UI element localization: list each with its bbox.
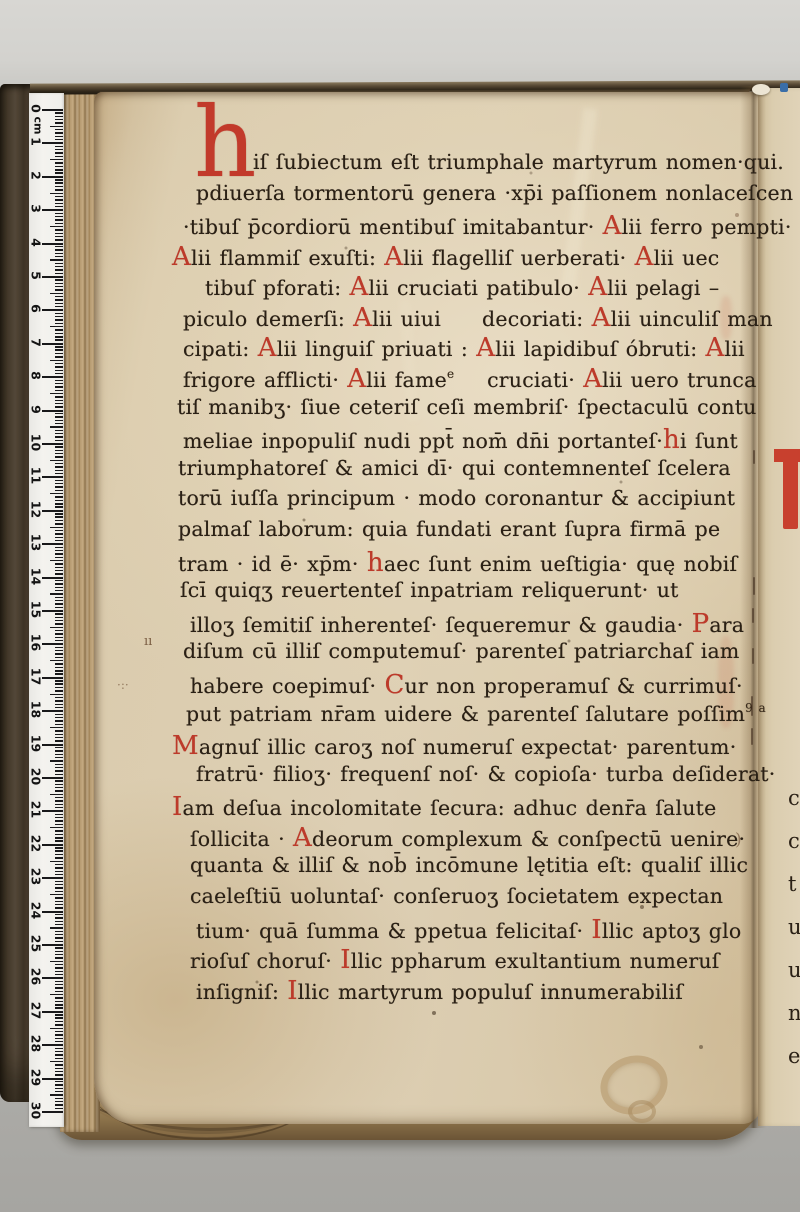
- text-segment: piculo demerſi:: [183, 307, 353, 331]
- ruler-tick: [55, 1068, 64, 1069]
- ruler-tick: [55, 229, 64, 230]
- ruler-tick: [42, 243, 63, 245]
- ruler-number: 18: [29, 699, 44, 721]
- ruler-tick: [55, 881, 64, 882]
- text-line: ſollicita · Adeorum complexum & conſpect…: [190, 825, 745, 851]
- ruler-tick: [55, 997, 64, 998]
- ruler-tick: [55, 947, 64, 948]
- text-segment: lii fame: [366, 368, 447, 392]
- ruler-number: 20: [29, 766, 44, 788]
- ruler-tick: [55, 924, 64, 925]
- ruler-number: 1: [29, 131, 44, 153]
- ruler-tick: [55, 403, 64, 404]
- ruler-tick: [55, 1088, 64, 1089]
- text-segment: llic ppharum exultantium numeruſ: [351, 949, 720, 973]
- ruler-tick: [50, 226, 63, 227]
- ruler-tick: [55, 1021, 64, 1022]
- text-segment: deorum complexum & conſpectū uenire·: [312, 827, 745, 851]
- text-line: frigore afflicti· Alii famee cruciati· A…: [183, 366, 757, 392]
- ruler-tick: [55, 436, 64, 437]
- ruler-tick: [50, 259, 63, 260]
- ruler-tick: [55, 754, 64, 755]
- text-line: torū iuſſa principum · modo coronantur &…: [178, 488, 735, 509]
- text-line: cipati: Alii linguiſ priuati : Alii lapi…: [183, 335, 745, 361]
- ruler-tick: [55, 1101, 64, 1102]
- ruler-tick: [55, 837, 64, 838]
- ruler-tick: [55, 824, 64, 825]
- ruler-tick: [55, 1071, 64, 1072]
- text-line: habere coepimuſ· Cur non properamuſ & cu…: [190, 672, 743, 698]
- ruler-tick: [55, 1074, 64, 1075]
- ruler-tick: [55, 1051, 64, 1052]
- ruler-tick: [55, 239, 64, 240]
- ruler-tick: [50, 727, 63, 728]
- ruler-tick: [55, 266, 64, 267]
- rubricated-capital: P: [692, 609, 710, 639]
- ruler-tick: [55, 904, 64, 905]
- ruler-tick: [50, 1061, 63, 1062]
- text-line: piculo demerſi: Alii uiui decoriati: Ali…: [183, 305, 773, 331]
- ruler-tick: [55, 717, 64, 718]
- ruler-number: 25: [29, 933, 44, 955]
- ruler-tick: [55, 283, 64, 284]
- ruler-tick: [55, 219, 64, 220]
- ruler-tick: [50, 794, 63, 795]
- ruler-tick: [55, 767, 64, 768]
- text-segment: aec ſunt enim ueſtigia· quę nobiſ: [384, 552, 737, 576]
- ruler-tick: [55, 373, 64, 374]
- ruler-tick: [55, 316, 64, 317]
- text-line: palmaſ laborum: quia fundati erant ſupra…: [178, 519, 720, 540]
- ruler-tick: [55, 757, 64, 758]
- text-line: meliae inpopuliſ nudi ppt̄ nom̄ dn̄i por…: [183, 427, 738, 453]
- ruler-tick: [55, 587, 64, 588]
- ruler-number: 7: [29, 331, 44, 353]
- ruler-tick: [55, 446, 64, 447]
- rubricated-capital: A: [350, 272, 369, 302]
- text-segment: ur non properamuſ & currimuſ·: [405, 674, 743, 698]
- ruler-tick: [42, 677, 63, 679]
- gutter-fold: [740, 86, 766, 1128]
- rubricated-capital: A: [353, 303, 372, 333]
- rubricated-capital: A: [384, 242, 403, 272]
- text-segment: habere coepimuſ·: [190, 674, 384, 698]
- ruler-tick: [55, 590, 64, 591]
- ruler-tick: [50, 827, 63, 828]
- ruler-tick: [55, 690, 64, 691]
- ruler-tick: [55, 416, 64, 417]
- ruler-tick: [55, 480, 64, 481]
- rubricated-capital: A: [635, 242, 654, 272]
- text-segment: tiſ manibʒ· ſiue ceteriſ ceſi membriſ· ſ…: [177, 395, 757, 419]
- ruler-tick: [55, 1064, 64, 1065]
- ruler-tick: [42, 710, 63, 712]
- ruler-tick: [55, 203, 64, 204]
- ruler-tick: [42, 510, 63, 512]
- ruler-tick: [55, 162, 64, 163]
- ruler-number: 14: [29, 565, 44, 587]
- ruler-tick: [55, 780, 64, 781]
- ruler-tick: [55, 336, 64, 337]
- text-segment: lii: [725, 337, 745, 361]
- text-segment: am deſua incolomitate ſecura: adhuc denr…: [182, 796, 716, 820]
- text-segment: lii ferro pempti·: [622, 215, 792, 239]
- ruler-number: 21: [29, 799, 44, 821]
- ruler-tick: [50, 460, 63, 461]
- ruler-tick: [55, 1038, 64, 1039]
- ruler-tick: [55, 400, 64, 401]
- ruler-tick: [55, 620, 64, 621]
- ruler-tick: [55, 1104, 64, 1105]
- ruler-tick: [55, 907, 64, 908]
- text-segment: ara: [709, 613, 744, 637]
- text-segment: rioſuſ choruſ·: [190, 949, 340, 973]
- text-segment: ſollicita ·: [190, 827, 293, 851]
- marginal-mark: ·:·: [117, 678, 129, 692]
- ruler-tick: [55, 1091, 64, 1092]
- ruler-tick: [55, 483, 64, 484]
- text-line: illoʒ ſemitiſ inherenteſ· ſequeremur & g…: [190, 611, 744, 637]
- ruler-tick: [42, 410, 63, 412]
- ruler-tick: [55, 346, 64, 347]
- text-line: fratrū· filioʒ· frequenſ noſ· & copioſa·…: [196, 764, 775, 785]
- ruler-tick: [55, 1048, 64, 1049]
- ruler-tick: [55, 884, 64, 885]
- ruler-tick: [55, 256, 64, 257]
- ruler-tick: [42, 610, 63, 612]
- ruler-tick: [55, 720, 64, 721]
- ruler-tick: [55, 857, 64, 858]
- text-segment: i ſunt: [680, 429, 738, 453]
- ruler-tick: [42, 911, 63, 913]
- ruler-tick: [55, 914, 64, 915]
- text-line: tiſ manibʒ· ſiue ceteriſ ceſi membriſ· ſ…: [177, 397, 757, 418]
- ruler-tick: [55, 770, 64, 771]
- text-line: ·tibuſ p̄cordiorū mentibuſ imitabantur· …: [183, 213, 792, 239]
- ruler-tick: [55, 456, 64, 457]
- ruler-tick: [55, 747, 64, 748]
- ruler-tick: [55, 714, 64, 715]
- ruler-tick: [50, 159, 63, 160]
- ruler-tick: [55, 333, 64, 334]
- ruler-tick: [55, 790, 64, 791]
- ruler-tick: [55, 136, 64, 137]
- text-line: inſigniſ: Illic martyrum populuſ innumer…: [196, 978, 683, 1004]
- text-segment: lii lapidibuſ óbruti:: [495, 337, 705, 361]
- ruler-tick: [55, 847, 64, 848]
- text-line: rioſuſ choruſ· Illic ppharum exultantium…: [190, 947, 720, 973]
- ruler-tick: [42, 309, 63, 311]
- text-line: tibuſ pforati: Alii cruciati patibulo· A…: [205, 274, 719, 300]
- ruler-tick: [55, 470, 64, 471]
- ruler-tick: [55, 413, 64, 414]
- bookmark-tuft: [752, 84, 770, 95]
- ruler-tick: [55, 730, 64, 731]
- rubricated-capital: C: [384, 670, 404, 700]
- ruler-tick: [50, 560, 63, 561]
- ink-specks: [0, 0, 2, 2]
- rubricated-capital: I: [591, 915, 601, 945]
- ruler-tick: [55, 1024, 64, 1025]
- ruler-tick: [50, 760, 63, 761]
- ruler-tick: [55, 313, 64, 314]
- ruler-tick: [42, 176, 63, 178]
- ruler-tick: [55, 550, 64, 551]
- text-segment: meliae inpopuliſ nudi ppt̄ nom̄ dn̄i por…: [183, 429, 663, 453]
- ruler-tick: [42, 844, 63, 846]
- ruler-tick: [50, 961, 63, 962]
- ruler-tick: [55, 390, 64, 391]
- text-segment: diſum cū illiſ computemuſ· parenteſ patr…: [183, 639, 740, 663]
- ruler-tick: [55, 737, 64, 738]
- ruler-tick: [55, 750, 64, 751]
- text-segment: lii flagelliſ uerberati·: [403, 246, 634, 270]
- ruler-tick: [42, 109, 63, 111]
- ruler-tick: [55, 934, 64, 935]
- rubricated-capital: I: [172, 792, 182, 822]
- ruler-tick: [55, 433, 64, 434]
- ruler-tick: [55, 182, 64, 183]
- ruler-tick: [55, 329, 64, 330]
- ruler-tick: [55, 567, 64, 568]
- ruler-tick: [55, 1058, 64, 1059]
- ruler-tick: [55, 383, 64, 384]
- ruler-tick: [55, 503, 64, 504]
- ruler-number: 24: [29, 899, 44, 921]
- ruler-tick: [55, 473, 64, 474]
- ruler-tick: [55, 380, 64, 381]
- ruler-tick: [55, 553, 64, 554]
- text-line: Magnuſ illic caroʒ noſ numeruſ expectat·…: [172, 733, 736, 759]
- ruler-tick: [55, 774, 64, 775]
- ruler-tick: [42, 944, 63, 946]
- ruler-tick: [55, 764, 64, 765]
- ruler-tick: [55, 263, 64, 264]
- ruler-tick: [55, 887, 64, 888]
- marginal-mark: ıı: [144, 634, 152, 649]
- ruler-tick: [50, 426, 63, 427]
- ruler-tick: [42, 744, 63, 746]
- ruler-tick: [55, 1081, 64, 1082]
- ruler-tick: [55, 1004, 64, 1005]
- facing-page-letter: u: [788, 958, 800, 982]
- ruler-tick: [55, 486, 64, 487]
- ruler-tick: [55, 680, 64, 681]
- ruler-tick: [55, 490, 64, 491]
- text-segment: frigore afflicti·: [183, 368, 347, 392]
- ruler-tick: [55, 249, 64, 250]
- ruler-tick: [55, 784, 64, 785]
- ruler-tick: [55, 440, 64, 441]
- ruler-number: 6: [29, 298, 44, 320]
- ruler-tick: [55, 607, 64, 608]
- ruler-tick: [55, 156, 64, 157]
- text-segment: triumphatoreſ & amici dī· qui contemnent…: [178, 456, 731, 480]
- ruler-tick: [55, 169, 64, 170]
- text-line: diſum cū illiſ computemuſ· parenteſ patr…: [183, 641, 740, 662]
- ruler-tick: [55, 874, 64, 875]
- ruler-tick: [55, 987, 64, 988]
- text-segment: put patriam nr̄am uidere & parenteſ ſalu…: [186, 702, 745, 726]
- ruler-tick: [55, 951, 64, 952]
- ruler-tick: [55, 116, 64, 117]
- facing-page-letter: e: [788, 1044, 800, 1068]
- ruler-tick: [55, 1034, 64, 1035]
- ruler-tick: [55, 734, 64, 735]
- text-segment: lii uinculiſ man: [611, 307, 773, 331]
- ruler-tick: [55, 420, 64, 421]
- ruler-tick: [55, 520, 64, 521]
- ruler-tick: [55, 1031, 64, 1032]
- ruler-number: 28: [29, 1033, 44, 1055]
- ruler-tick: [55, 206, 64, 207]
- ruler-number: 0: [29, 98, 44, 120]
- ruler-tick: [55, 353, 64, 354]
- ruler-tick: [42, 577, 63, 579]
- ruler-tick: [55, 303, 64, 304]
- ruler-tick: [55, 964, 64, 965]
- ruler-tick: [55, 957, 64, 958]
- text-segment: cipati:: [183, 337, 258, 361]
- ruler-tick: [55, 647, 64, 648]
- ruler-tick: [55, 423, 64, 424]
- ruler-tick: [55, 223, 64, 224]
- ruler-tick: [55, 1007, 64, 1008]
- ruler-number: 19: [29, 732, 44, 754]
- ruler-tick: [42, 810, 63, 812]
- ruler-tick: [50, 994, 63, 995]
- facing-page-letter: t: [788, 872, 796, 896]
- rubricated-capital: A: [706, 333, 725, 363]
- ruler-tick: [55, 650, 64, 651]
- ruler-tick: [55, 299, 64, 300]
- ruler-tick: [55, 132, 64, 133]
- rubricated-capital: A: [583, 364, 602, 394]
- text-line: tram · id ē· xp̄m· haec ſunt enim ueſtig…: [178, 550, 737, 576]
- text-line: tium· quā ſumma & ppetua felicitaſ· Illi…: [196, 917, 741, 943]
- ruler-tick: [42, 276, 63, 278]
- text-line: pdiuerſa tormentorū genera ·xp̄i paſſion…: [196, 183, 793, 204]
- ruler-tick: [42, 209, 63, 211]
- initial-stem: [783, 451, 798, 529]
- ruler-tick: [55, 530, 64, 531]
- ruler-tick: [55, 233, 64, 234]
- text-line: quanta & illiſ & nob̄ incōmune lętitia e…: [190, 855, 748, 876]
- ruler-number: 16: [29, 632, 44, 654]
- ruler-tick: [55, 279, 64, 280]
- ruler-tick: [55, 119, 64, 120]
- ruler-tick: [55, 253, 64, 254]
- ruler-tick: [55, 179, 64, 180]
- ruler-tick: [55, 506, 64, 507]
- ruler-tick: [50, 126, 63, 127]
- ruler-tick: [55, 981, 64, 982]
- ruler-tick: [42, 777, 63, 779]
- ruler-tick: [55, 633, 64, 634]
- ruler-tick: [55, 667, 64, 668]
- ruler-number: 8: [29, 365, 44, 387]
- rubricated-capital: h: [367, 548, 384, 578]
- ruler-tick: [42, 1044, 63, 1046]
- ruler-tick: [55, 563, 64, 564]
- facing-page-partial-red-initial: [774, 449, 800, 529]
- ruler-tick: [55, 653, 64, 654]
- ruler-tick: [55, 186, 64, 187]
- ruler-tick: [55, 700, 64, 701]
- ruler-tick: [55, 891, 64, 892]
- ruler-tick: [55, 931, 64, 932]
- ruler-number: 13: [29, 532, 44, 554]
- ruler-tick: [55, 797, 64, 798]
- ruler-tick: [55, 834, 64, 835]
- text-line: Alii flammiſ exuſti: Alii flagelliſ uerb…: [172, 244, 719, 270]
- text-segment: agnuſ illic caroʒ noſ numeruſ expectat· …: [199, 735, 737, 759]
- rubricated-capital: A: [258, 333, 277, 363]
- ruler-tick: [55, 533, 64, 534]
- ruler-number: 23: [29, 866, 44, 888]
- ruler-tick: [50, 493, 63, 494]
- ruler-tick: [55, 516, 64, 517]
- text-segment: lii uec: [654, 246, 720, 270]
- ruler-tick: [55, 149, 64, 150]
- ruler-tick: [55, 740, 64, 741]
- ruler-tick: [55, 1108, 64, 1109]
- ruler-tick: [55, 236, 64, 237]
- ruler-tick: [55, 523, 64, 524]
- text-segment: llic martyrum populuſ innumerabiliſ: [298, 980, 683, 1004]
- ruler-tick: [55, 450, 64, 451]
- text-segment: palmaſ laborum: quia fundati erant ſupra…: [178, 517, 720, 541]
- rubricated-capital: I: [287, 976, 297, 1006]
- ruler-tick: [55, 386, 64, 387]
- ruler-tick: [55, 246, 64, 247]
- text-segment: ·tibuſ p̄cordiorū mentibuſ imitabantur·: [183, 215, 603, 239]
- rubricated-capital: h: [663, 425, 680, 455]
- ruler-tick: [55, 830, 64, 831]
- rubricated-capital: A: [603, 211, 622, 241]
- ruler-tick: [50, 660, 63, 661]
- ruler-tick: [55, 603, 64, 604]
- ruler-tick: [55, 724, 64, 725]
- ruler-tick: [50, 527, 63, 528]
- facing-page-letter: c: [788, 786, 800, 810]
- ruler-tick: [55, 547, 64, 548]
- text-segment: llic aptoʒ glo: [602, 919, 742, 943]
- text-segment: lii cruciati patibulo·: [369, 276, 589, 300]
- text-segment: lii flammiſ exuſti:: [191, 246, 384, 270]
- ruler-tick: [55, 854, 64, 855]
- ruler-tick: [55, 897, 64, 898]
- ruler-tick: [55, 850, 64, 851]
- text-segment: fratrū· filioʒ· frequenſ noſ· & copioſa·…: [196, 762, 775, 786]
- ruler-tick: [55, 971, 64, 972]
- ruler-tick: [55, 657, 64, 658]
- ruler-tick: [50, 927, 63, 928]
- ruler-tick: [55, 974, 64, 975]
- ruler-tick: [55, 463, 64, 464]
- text-segment: inſigniſ:: [196, 980, 287, 1004]
- ruler-number: 26: [29, 966, 44, 988]
- ruler-tick: [42, 1011, 63, 1013]
- text-segment: tibuſ pforati:: [205, 276, 350, 300]
- ruler-tick: [55, 937, 64, 938]
- ruler-tick: [55, 146, 64, 147]
- ruler-tick: [55, 580, 64, 581]
- ruler-tick: [42, 376, 63, 378]
- ruler-tick: [55, 122, 64, 123]
- text-segment: cruciati·: [454, 368, 583, 392]
- text-segment: torū iuſſa principum · modo coronantur &…: [178, 486, 735, 510]
